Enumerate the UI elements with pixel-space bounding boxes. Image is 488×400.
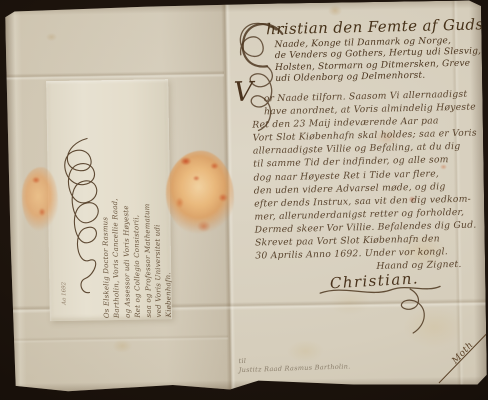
archival-mark: Moth bbox=[434, 322, 488, 387]
fold-crease-horizontal-left bbox=[10, 334, 228, 343]
address-text: Os Elskelig Doctor Rasmus Bartholin, Vor… bbox=[98, 89, 176, 318]
heading-block: Naade, Konge til Danmark og Norge, de Ve… bbox=[274, 36, 470, 86]
wax-seal-remnant-small bbox=[22, 167, 59, 232]
initial-v: V bbox=[233, 77, 253, 108]
photograph-background: Os Elskelig Doctor Rasmus Bartholin, Vor… bbox=[0, 0, 488, 400]
body-text: or Naade tilforn. Saasom Vi allernaadigs… bbox=[252, 88, 472, 276]
pencil-caption: til Justitz Raad Rasmus Bartholin. bbox=[238, 353, 350, 375]
heading-line-1: hristian den Femte af Guds bbox=[266, 16, 471, 39]
wax-seal-remnant bbox=[165, 150, 234, 237]
archival-mark-text: Moth bbox=[450, 340, 476, 367]
letter-paper: Os Elskelig Doctor Rasmus Bartholin, Vor… bbox=[5, 0, 487, 393]
